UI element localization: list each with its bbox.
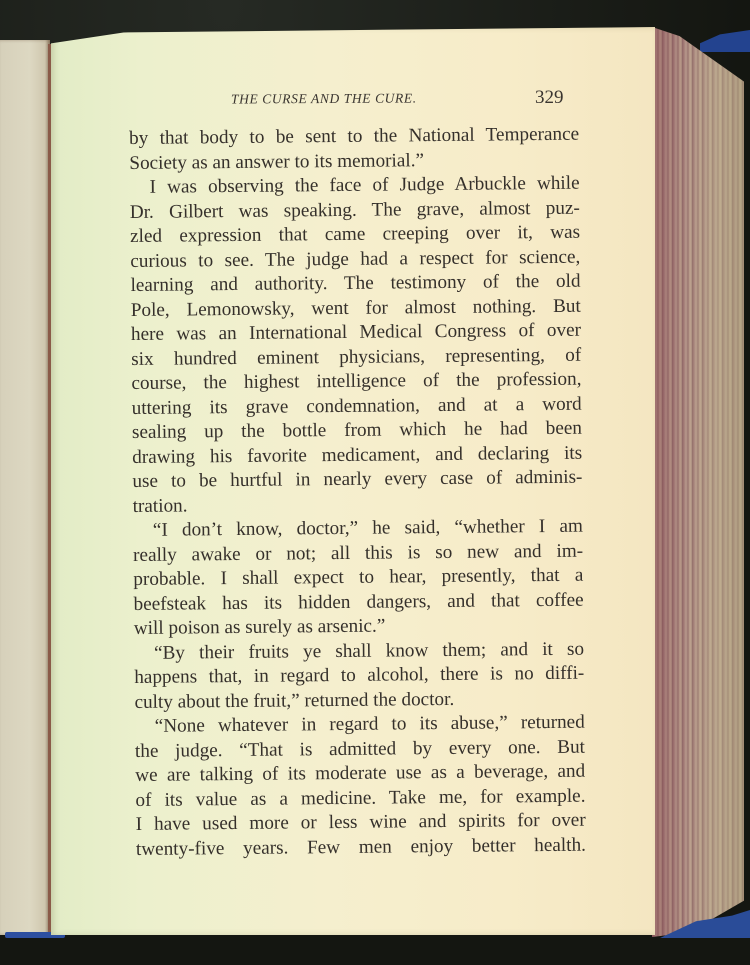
- text-line: sealing up the bottle from which he had …: [132, 417, 582, 446]
- page-number: 329: [535, 87, 564, 109]
- text-line: learning and authority. The testimony of…: [130, 270, 580, 299]
- text-line: beefsteak has its hidden dangers, and th…: [133, 588, 583, 617]
- text-line: here was an International Medical Congre…: [131, 319, 581, 348]
- page-header: THE CURSE AND THE CURE. 329: [51, 87, 655, 113]
- text-line: happens that, in regard to alcohol, ther…: [134, 662, 584, 691]
- text-line: we are talking of its moderate use as a …: [135, 760, 585, 789]
- page-body-text: by that body to be sent to the National …: [129, 123, 586, 862]
- text-line: “I don’t know, doctor,” he said, “whethe…: [133, 515, 583, 544]
- running-head: THE CURSE AND THE CURE.: [231, 91, 417, 108]
- book-page: THE CURSE AND THE CURE. 329 by that body…: [51, 27, 655, 935]
- text-line: twenty-five years. Few men enjoy better …: [136, 833, 586, 862]
- text-line: course, the highest intelligence of the …: [131, 368, 581, 397]
- text-line: zled expression that came creeping over …: [130, 221, 580, 250]
- text-line: use to be hurtful in nearly every case o…: [132, 466, 582, 495]
- text-line: by that body to be sent to the National …: [129, 123, 579, 152]
- left-page-edge: [0, 40, 50, 935]
- book-gutter: [48, 44, 51, 934]
- text-line: “None whatever in regard to its abuse,” …: [135, 711, 585, 740]
- text-line: probable. I shall expect to hear, presen…: [133, 564, 583, 593]
- page-stack-edges: [652, 27, 744, 937]
- text-line: I was observing the face of Judge Arbuck…: [129, 172, 579, 201]
- text-line: I have used more or less wine and spirit…: [136, 809, 586, 838]
